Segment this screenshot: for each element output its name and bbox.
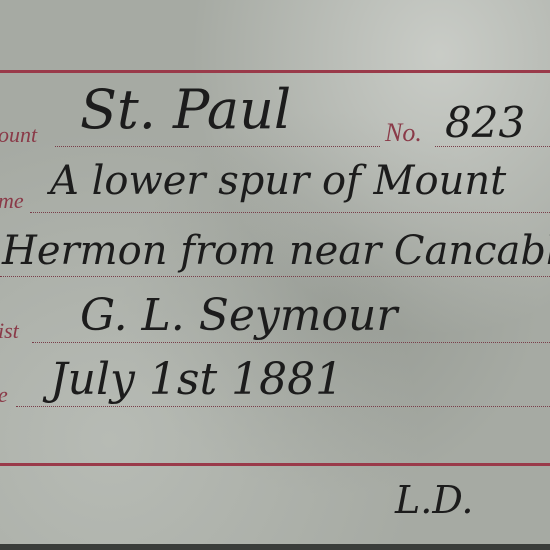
dotted-line <box>30 212 550 213</box>
dotted-line <box>16 406 550 407</box>
value-name-line1: A lower spur of Mount <box>50 158 506 204</box>
label-name: me <box>0 188 24 214</box>
dotted-line <box>0 276 550 277</box>
value-name-line2: Hermon from near Cancable <box>2 228 550 274</box>
value-number: 823 <box>445 98 525 147</box>
dotted-line <box>32 342 550 343</box>
label-number: No. <box>385 118 422 148</box>
value-date: July 1st 1881 <box>50 354 343 405</box>
specimen-card: ount St. Paul No. 823 me A lower spur of… <box>0 0 550 550</box>
bottom-red-rule <box>0 463 550 466</box>
value-collector: G. L. Seymour <box>80 290 397 341</box>
label-date: e <box>0 382 8 408</box>
card-edge <box>0 544 550 550</box>
initials: L.D. <box>395 478 474 522</box>
value-account: St. Paul <box>80 78 291 141</box>
dotted-line <box>55 146 380 147</box>
label-collector: ist <box>0 318 19 344</box>
top-red-rule <box>0 70 550 73</box>
label-account: ount <box>0 122 37 148</box>
